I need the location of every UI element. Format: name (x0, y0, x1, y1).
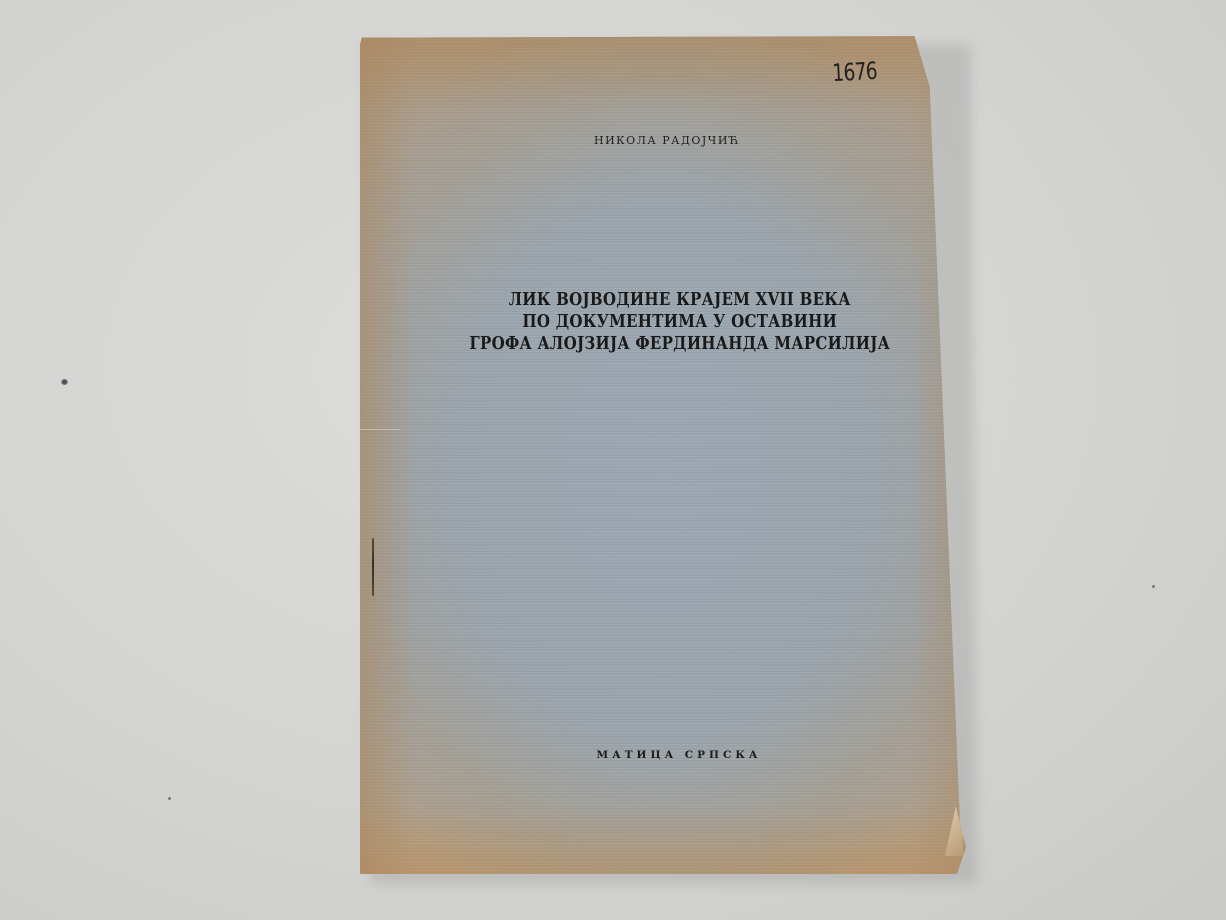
dust-speck (61, 379, 68, 385)
author-name: НИКОЛА РАДОЈЧИЋ (360, 134, 970, 147)
staple-mark (372, 538, 374, 596)
title-line: ПО ДОКУМЕНТИМА У ОСТАВИНИ (419, 311, 940, 333)
dust-speck (1152, 585, 1155, 588)
title-line: ЛИК ВОЈВОДИНЕ КРАЈЕМ XVII ВЕКА (419, 289, 940, 311)
dust-speck (168, 797, 171, 800)
title-line: ГРОФА АЛОЈЗИЈА ФЕРДИНАНДА МАРСИЛИЈА (419, 333, 940, 355)
handwritten-number: 1676 (832, 57, 878, 87)
paper-crease (360, 429, 400, 430)
publisher-name: МАТИЦА СРПСКА (360, 749, 982, 761)
booklet-cover: 1676 НИКОЛА РАДОЈЧИЋ ЛИК ВОЈВОДИНЕ КРАЈЕ… (360, 36, 966, 874)
book-title: ЛИК ВОЈВОДИНЕ КРАЈЕМ XVII ВЕКА ПО ДОКУМЕ… (404, 289, 941, 355)
